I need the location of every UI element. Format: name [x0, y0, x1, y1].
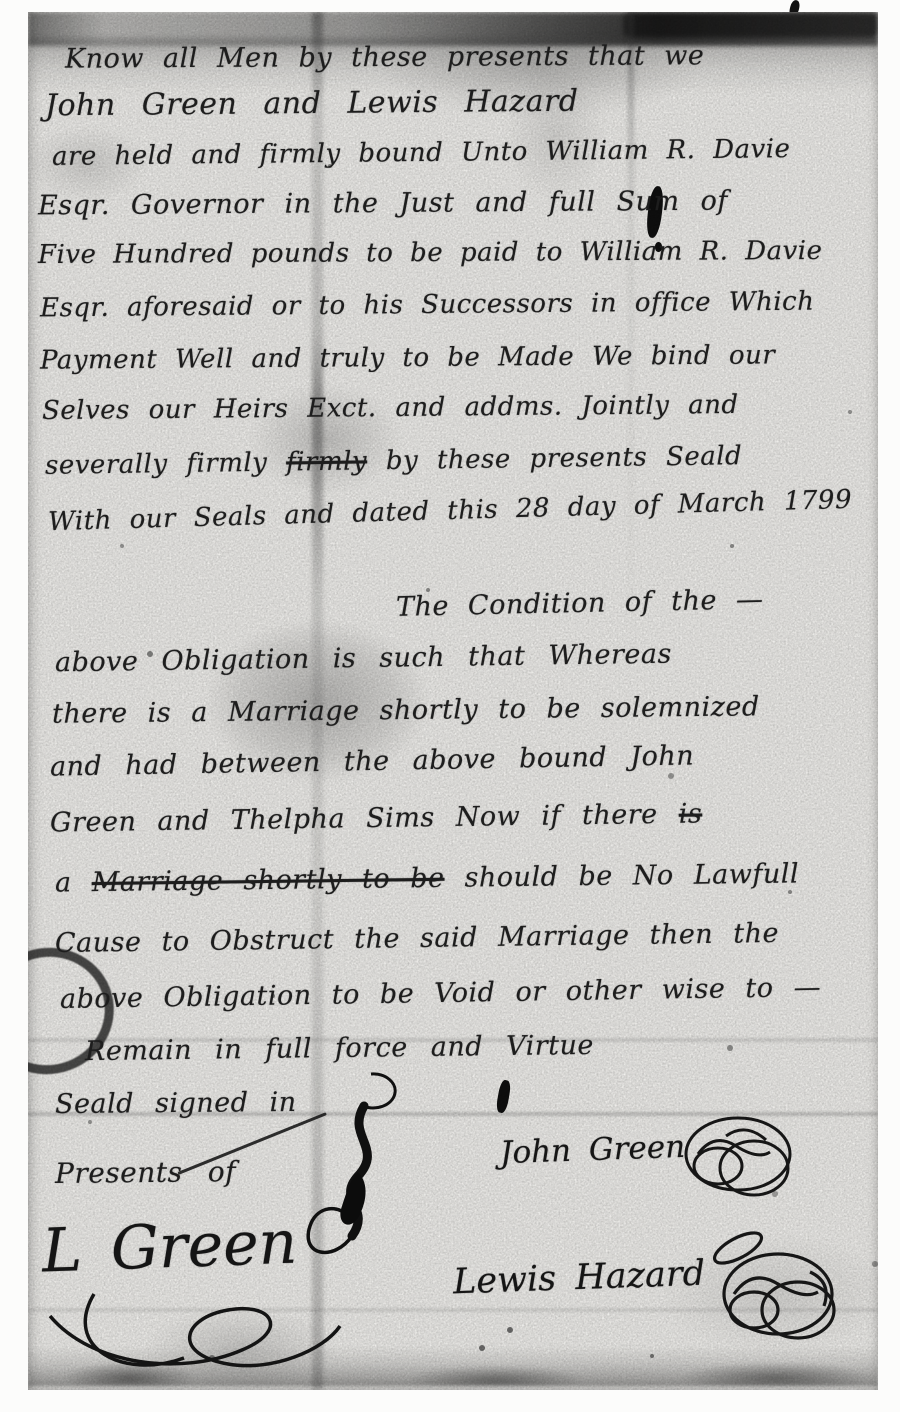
manuscript-line-2: John Green and Lewis Hazard: [45, 84, 579, 124]
seal-flourish-icon: [676, 1108, 798, 1208]
ink-flourish: [276, 1064, 426, 1269]
manuscript-line-19: Remain in full force and Virtue: [85, 1030, 594, 1067]
signature-l-green: L Green: [41, 1208, 298, 1287]
manuscript-line-8: Selves our Heirs Exct. and addms. Jointl…: [42, 390, 739, 426]
manuscript-line-1: Know all Men by these presents that we: [65, 40, 705, 74]
manuscript-line-20: Seald signed in: [55, 1087, 297, 1120]
signature-underline-flourish: [32, 1288, 362, 1384]
struck-word: is: [679, 798, 703, 829]
seal-flourish-icon: [690, 1230, 852, 1348]
scanned-document: { "page": { "kind": "handwritten manuscr…: [0, 0, 900, 1412]
manuscript-line-4: Esqr. Governor in the Just and full Sum …: [38, 186, 728, 222]
manuscript-line-7: Payment Well and truly to be Made We bin…: [40, 340, 775, 375]
struck-phrase: Marriage shortly to be: [92, 863, 445, 898]
struck-word: firmly: [286, 446, 367, 477]
manuscript-page: Know all Men by these presents that we J…: [28, 12, 878, 1390]
signature-john-green: John Green: [499, 1129, 685, 1171]
manuscript-line-5: Five Hundred pounds to be paid to Willia…: [38, 236, 823, 270]
